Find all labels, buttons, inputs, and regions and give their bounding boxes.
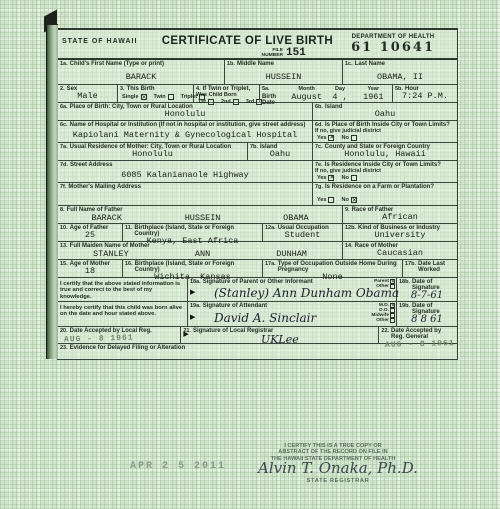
form-row: 13.Full Maiden Name of MotherSTANLEYANND…: [58, 242, 457, 260]
typed-value: 18: [60, 267, 120, 276]
field-label: 22.Date Accepted by Reg. General: [381, 328, 455, 340]
empty-checkbox-icon: [351, 175, 357, 181]
checkbox-group: SingleTwinTriplet: [120, 94, 191, 100]
typed-value: Oahu: [315, 110, 455, 119]
field-1a: 1a.Child's First Name (Type or print)BAR…: [58, 60, 225, 84]
field-14: 14.Race of MotherCaucasian: [343, 242, 457, 259]
typed-value: 6085 Kalanianaole Highway: [60, 171, 310, 180]
field-17a: 17a.Type of Occupation Outside Home Duri…: [263, 260, 403, 277]
form-row: 7d.Street Address6085 Kalanianaole Highw…: [58, 161, 457, 183]
typed-value: 7:24 P.M.: [395, 92, 455, 101]
field-1c: 1c.Last NameOBAMA, II: [343, 60, 457, 84]
field-19a: 19a.Signature of AttendantDavid A. Sincl…: [188, 302, 397, 326]
typed-value: University: [345, 231, 455, 240]
handwritten-date: 8 8 61: [399, 315, 455, 324]
field-1b: 1b.Middle NameHUSSEIN: [225, 60, 343, 84]
typed-value: HUSSEIN: [227, 73, 340, 82]
field-18b: 18b.Date of Signature8-7-61: [397, 278, 457, 301]
certificate-title: CERTIFICATE OF LIVE BIRTH: [162, 35, 333, 47]
typed-value: African: [345, 213, 455, 222]
field-7e: 7e.Is Residence Inside City or Town Limi…: [313, 161, 457, 182]
field-3: 3.This BirthSingleTwinTriplet: [118, 85, 194, 102]
field-label: 7f.Mother's Mailing Address: [60, 184, 310, 190]
form-row: 2.SexMale3.This BirthSingleTwinTriplet4.…: [58, 85, 457, 103]
file-number-stamp: 151: [286, 47, 306, 59]
field-label: 3.This Birth: [120, 86, 191, 92]
field-21: 21.Signature of Local RegistrarUKLee▶: [181, 327, 379, 343]
form-row: 23.Evidence for Delayed Filing or Altera…: [58, 344, 457, 359]
field-label: 6c.Name of Hospital or Institution (If n…: [60, 122, 310, 128]
department-block: DEPARTMENT OF HEALTH 61 10641: [333, 31, 453, 57]
typed-value: OBAMA, II: [345, 73, 455, 82]
empty-checkbox-icon: [351, 135, 357, 141]
field-11: 11.Birthplace (Island, State or Foreign …: [123, 224, 263, 241]
field-7f: 7f.Mother's Mailing Address: [58, 183, 313, 205]
checked-checkbox-icon: [351, 197, 357, 203]
form-row: 1a.Child's First Name (Type or print)BAR…: [58, 60, 457, 85]
field-label: 7g.Is Residence on a Farm or Plantation?: [315, 184, 455, 190]
page-curl: [46, 24, 58, 359]
file-number-label: FILE NUMBER: [259, 48, 283, 58]
file-number-line: FILE NUMBER 151: [232, 47, 333, 59]
field-9: 9.Race of FatherAfrican: [343, 206, 457, 223]
form-row: 7a.Usual Residence of Mother: City, Town…: [58, 143, 457, 161]
field-label: 19a.Signature of Attendant: [190, 303, 394, 309]
handwritten-signature: UKLee: [183, 334, 376, 345]
informant-certification-text: I certify that the above stated informat…: [58, 278, 188, 301]
form-row: 6c.Name of Hospital or Institution (If n…: [58, 121, 457, 143]
field-6d: 6d.Is Place of Birth Inside City or Town…: [313, 121, 457, 142]
field-label: 1c.Last Name: [345, 61, 455, 67]
form-row: 7f.Mother's Mailing Address7g.Is Residen…: [58, 183, 457, 206]
field-7g: 7g.Is Residence on a Farm or Plantation?…: [313, 183, 457, 205]
date-subcolumns: MonthAugustDay4 ,Year1961: [290, 86, 390, 103]
empty-checkbox-icon: [168, 94, 174, 100]
field-7a: 7a.Usual Residence of Mother: City, Town…: [58, 143, 248, 160]
field-label: 17b.Date Last Worked: [405, 261, 455, 273]
spread-value: STANLEYANNDUNHAM: [60, 249, 340, 259]
registrar-title: STATE REGISTRAR: [283, 478, 393, 484]
typed-value: Honolulu: [60, 150, 245, 159]
field-8: 8.Full Name of FatherBARACKHUSSEINOBAMA: [58, 206, 343, 223]
field-7b: 7b.IslandOahu: [248, 143, 313, 160]
field-2: 2.SexMale: [58, 85, 118, 102]
field-19b: 19b.Date of Signature8 8 61: [397, 302, 457, 326]
field-label: 1b.Middle Name: [227, 61, 340, 67]
form-row: I certify that the above stated informat…: [58, 278, 457, 302]
field-10: 10.Age of Father25: [58, 224, 123, 241]
handwritten-date: 8-7-61: [399, 291, 455, 300]
empty-checkbox-icon: [328, 197, 334, 203]
typed-value: Kapiolani Maternity & Gynecological Hosp…: [60, 131, 310, 140]
field-7c: 7c.County and State or Foreign CountryHo…: [313, 143, 457, 160]
field-6a: 6a.Place of Birth: City, Town or Rural L…: [58, 103, 313, 120]
field-13: 13.Full Maiden Name of MotherSTANLEYANND…: [58, 242, 343, 259]
checked-checkbox-icon: [328, 135, 334, 141]
form-row: 10.Age of Father2511.Birthplace (Island,…: [58, 224, 457, 242]
spread-value: BARACKHUSSEINOBAMA: [60, 213, 340, 223]
form-row: 8.Full Name of FatherBARACKHUSSEINOBAMA9…: [58, 206, 457, 224]
field-12a: 12a.Usual OccupationStudent: [263, 224, 343, 241]
title-block: CERTIFICATE OF LIVE BIRTH FILE NUMBER 15…: [162, 31, 333, 57]
typed-value: Male: [60, 92, 115, 101]
field-4: 4.If Twin or Triplet,Was Child Born1st2n…: [194, 85, 260, 102]
typed-value: Caucasian: [345, 249, 455, 258]
form-body: 1a.Child's First Name (Type or print)BAR…: [58, 60, 457, 359]
typed-value: Honolulu, Hawaii: [315, 150, 455, 159]
field-6c: 6c.Name of Hospital or Institution (If n…: [58, 121, 313, 142]
field-7d: 7d.Street Address6085 Kalanianaole Highw…: [58, 161, 313, 182]
typed-value: Honolulu: [60, 110, 310, 119]
registrar-signature: Alvin T. Onaka, Ph.D.: [238, 459, 438, 477]
certificate-form: STATE OF HAWAII CERTIFICATE OF LIVE BIRT…: [57, 28, 458, 360]
state-label: STATE OF HAWAII: [62, 38, 162, 57]
footer-date-stamp: APR 2 5 2011: [130, 461, 226, 472]
field-16: 16.Birthplace (Island, State or Foreign …: [123, 260, 263, 277]
field-label: 1a.Child's First Name (Type or print): [60, 61, 222, 67]
checkbox-group: YesNo: [315, 175, 455, 181]
typed-value: Student: [265, 231, 340, 240]
empty-checkbox-icon: [390, 318, 395, 323]
form-row: 20.Date Accepted by Local Reg.AUG - 8 19…: [58, 327, 457, 344]
handwritten-signature: (Stanley) Ann Dunham Obama: [190, 288, 394, 299]
field-22: 22.Date Accepted by Reg. GeneralAUG - 8 …: [379, 327, 457, 343]
field-5a: 5a.Birth DateMonthAugustDay4 ,Year1961: [260, 85, 393, 102]
field-17b: 17b.Date Last Worked: [403, 260, 457, 277]
field-15: 15.Age of Mother18: [58, 260, 123, 277]
field-23: 23.Evidence for Delayed Filing or Altera…: [58, 344, 457, 359]
handwritten-signature: David A. Sinclair: [190, 313, 394, 324]
form-row: 15.Age of Mother1816.Birthplace (Island,…: [58, 260, 457, 278]
field-label: 23.Evidence for Delayed Filing or Altera…: [60, 345, 455, 351]
checked-checkbox-icon: [141, 94, 147, 100]
date-stamp: AUG - 8 1961: [60, 332, 179, 344]
side-checkbox-group: M.D.D.O.MidwifeOther: [371, 303, 395, 323]
checkbox-group: YesNo: [315, 197, 455, 203]
typed-value: 25: [60, 231, 120, 240]
form-row: 6a.Place of Birth: City, Town or Rural L…: [58, 103, 457, 121]
field-label: 7d.Street Address: [60, 162, 310, 168]
form-header: STATE OF HAWAII CERTIFICATE OF LIVE BIRT…: [58, 30, 457, 60]
empty-checkbox-icon: [390, 284, 395, 289]
field-5b: 5b.Hour7:24 P.M.: [393, 85, 457, 102]
certificate-number: 61 10641: [333, 40, 453, 55]
form-row: I hereby certify that this child was bor…: [58, 302, 457, 327]
typed-value: BARACK: [60, 73, 222, 82]
field-label: 18a.Signature of Parent or Other Informa…: [190, 279, 394, 285]
checked-checkbox-icon: [328, 175, 334, 181]
side-checkbox-group: ParentOther: [374, 279, 395, 289]
field-6b: 6b.IslandOahu: [313, 103, 457, 120]
typed-value: Oahu: [250, 150, 310, 159]
field-12b: 12b.Kind of Business or IndustryUniversi…: [343, 224, 457, 241]
field-20: 20.Date Accepted by Local Reg.AUG - 8 19…: [58, 327, 181, 343]
scanned-birth-certificate: STATE OF HAWAII CERTIFICATE OF LIVE BIRT…: [0, 0, 500, 509]
field-18a: 18a.Signature of Parent or Other Informa…: [188, 278, 397, 301]
checkbox-group: YesNo: [315, 135, 455, 141]
attendant-certification-text: I hereby certify that this child was bor…: [58, 302, 188, 326]
